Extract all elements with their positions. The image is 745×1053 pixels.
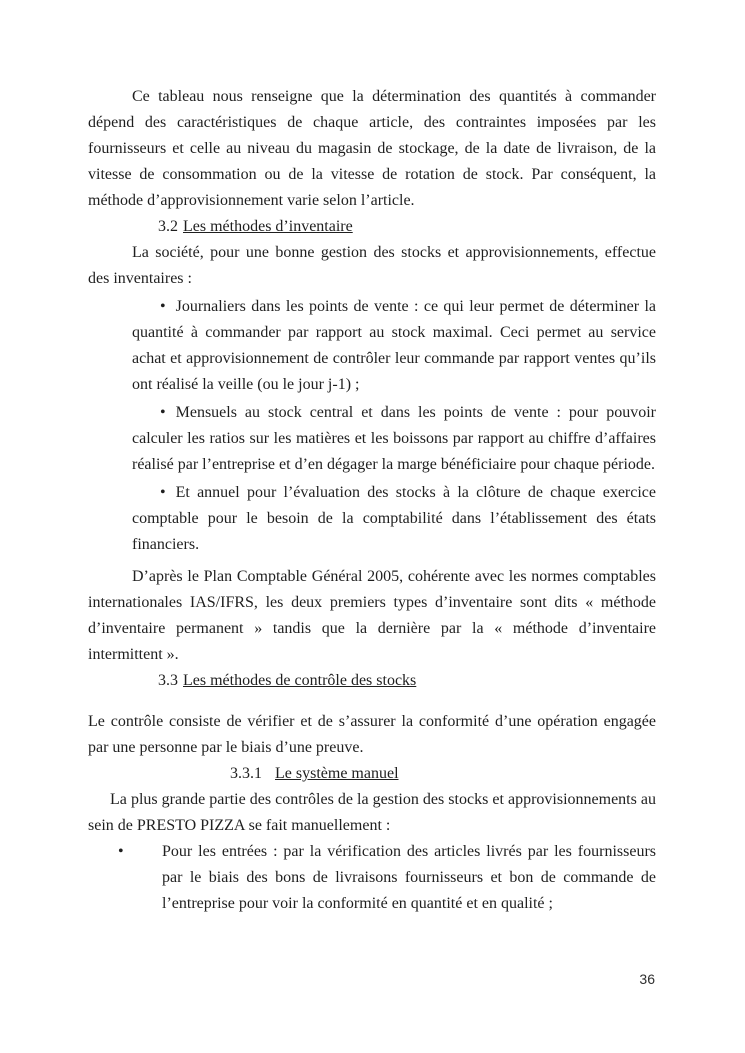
section-title: Les méthodes de contrôle des stocks xyxy=(183,672,416,689)
section-heading-3-3-1: 3.3.1Le système manuel xyxy=(88,761,656,787)
bullet-icon: • xyxy=(160,404,166,421)
paragraph-controle: Le contrôle consiste de vérifier et de s… xyxy=(88,709,656,761)
bullet-icon: • xyxy=(160,484,166,501)
list-item: •Pour les entrées : par la vérification … xyxy=(162,839,656,917)
section-number: 3.2 xyxy=(158,218,178,235)
document-page: Ce tableau nous renseigne que la détermi… xyxy=(0,0,745,1053)
paragraph-presto: La plus grande partie des contrôles de l… xyxy=(88,787,656,839)
list-item: •Mensuels au stock central et dans les p… xyxy=(132,400,656,478)
section-number: 3.3.1 xyxy=(230,765,262,782)
paragraph-intro: Ce tableau nous renseigne que la détermi… xyxy=(88,84,656,214)
list-item-text: Pour les entrées : par la vérification d… xyxy=(162,843,656,912)
list-item-text: Et annuel pour l’évaluation des stocks à… xyxy=(132,484,656,553)
page-number: 36 xyxy=(639,969,655,989)
list-item-text: Mensuels au stock central et dans les po… xyxy=(132,404,656,473)
section-title: Les méthodes d’inventaire xyxy=(183,218,353,235)
paragraph-pcg: D’après le Plan Comptable Général 2005, … xyxy=(88,564,656,668)
paragraph-societe: La société, pour une bonne gestion des s… xyxy=(88,240,656,292)
section-heading-3-3: 3.3Les méthodes de contrôle des stocks xyxy=(88,668,656,694)
bullet-icon: • xyxy=(160,298,166,315)
document-body: Ce tableau nous renseigne que la détermi… xyxy=(88,84,656,917)
section-title: Le système manuel xyxy=(275,765,399,782)
section-number: 3.3 xyxy=(158,672,178,689)
list-item-text: Journaliers dans les points de vente : c… xyxy=(132,298,656,393)
list-item: •Journaliers dans les points de vente : … xyxy=(132,294,656,398)
section-heading-3-2: 3.2Les méthodes d’inventaire xyxy=(88,214,656,240)
list-item: •Et annuel pour l’évaluation des stocks … xyxy=(132,480,656,558)
bullet-icon: • xyxy=(118,839,124,865)
